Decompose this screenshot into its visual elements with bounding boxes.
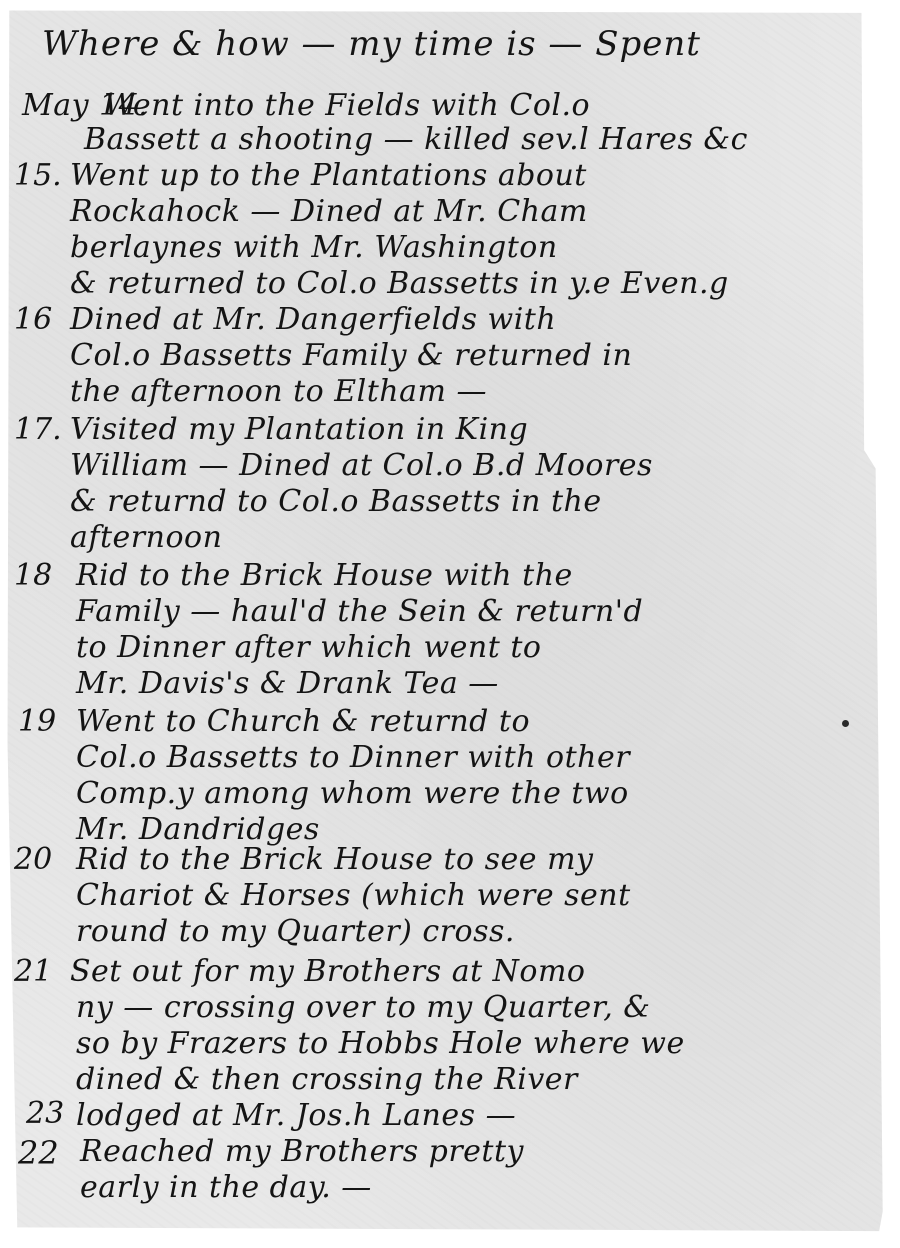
page-heading: Where & how — my time is — Spent	[42, 24, 701, 64]
entry-line: Visited my Plantation in King	[70, 412, 528, 447]
entry-line: ny — crossing over to my Quarter, &	[76, 990, 651, 1025]
entry-line: lodged at Mr. Jos.h Lanes —	[76, 1098, 516, 1133]
entry-line: Col.o Bassetts to Dinner with other	[76, 740, 630, 775]
entry-line: to Dinner after which went to	[76, 630, 541, 665]
entry-line: William — Dined at Col.o B.d Moores	[70, 448, 653, 483]
entry-day-number: 16	[14, 302, 52, 337]
entry-day-number: 20	[14, 842, 52, 877]
entry-day-number: 17.	[14, 412, 62, 447]
entry-day-number: 19	[18, 704, 56, 739]
entry-day-number: 15.	[14, 158, 62, 193]
ink-blot	[842, 720, 849, 727]
entry-day-number: 18	[14, 558, 52, 593]
entry-line: Family — haul'd the Sein & return'd	[76, 594, 643, 629]
entry-line: berlaynes with Mr. Washington	[70, 230, 558, 265]
entry-line: the afternoon to Eltham —	[70, 374, 487, 409]
entry-line: Rockahock — Dined at Mr. Cham	[70, 194, 588, 229]
entry-line: round to my Quarter) cross.	[76, 914, 515, 949]
entry-line: & returnd to Col.o Bassetts in the	[70, 484, 602, 519]
entry-line: Rid to the Brick House to see my	[76, 842, 593, 877]
entry-line: Went to Church & returnd to	[76, 704, 530, 739]
entry-line: Bassett a shooting — killed sev.l Hares …	[84, 122, 748, 157]
entry-line: Reached my Brothers pretty	[80, 1134, 524, 1169]
manuscript-page: Where & how — my time is — Spent May 14.…	[4, 8, 888, 1236]
entry-line: Rid to the Brick House with the	[76, 558, 573, 593]
entry-line: Went into the Fields with Col.o	[104, 88, 590, 123]
entry-line: Col.o Bassetts Family & returned in	[70, 338, 632, 373]
entry-line: Comp.y among whom were the two	[76, 776, 629, 811]
entry-line: afternoon	[70, 520, 222, 555]
entry-day-number: 22	[18, 1134, 59, 1172]
entry-line: Mr. Davis's & Drank Tea —	[76, 666, 499, 701]
entry-line: dined & then crossing the River	[76, 1062, 578, 1097]
entry-line: Dined at Mr. Dangerfields with	[70, 302, 556, 337]
entry-line: early in the day. —	[80, 1170, 372, 1205]
entry-line: & returned to Col.o Bassetts in y.e Even…	[70, 266, 729, 301]
entry-line: Set out for my Brothers at Nomo	[70, 954, 586, 989]
entry-day-number: 21	[14, 954, 52, 989]
entry-line: so by Frazers to Hobbs Hole where we	[76, 1026, 685, 1061]
entry-line: Went up to the Plantations about	[70, 158, 587, 193]
entry-line: Chariot & Horses (which were sent	[76, 878, 631, 913]
